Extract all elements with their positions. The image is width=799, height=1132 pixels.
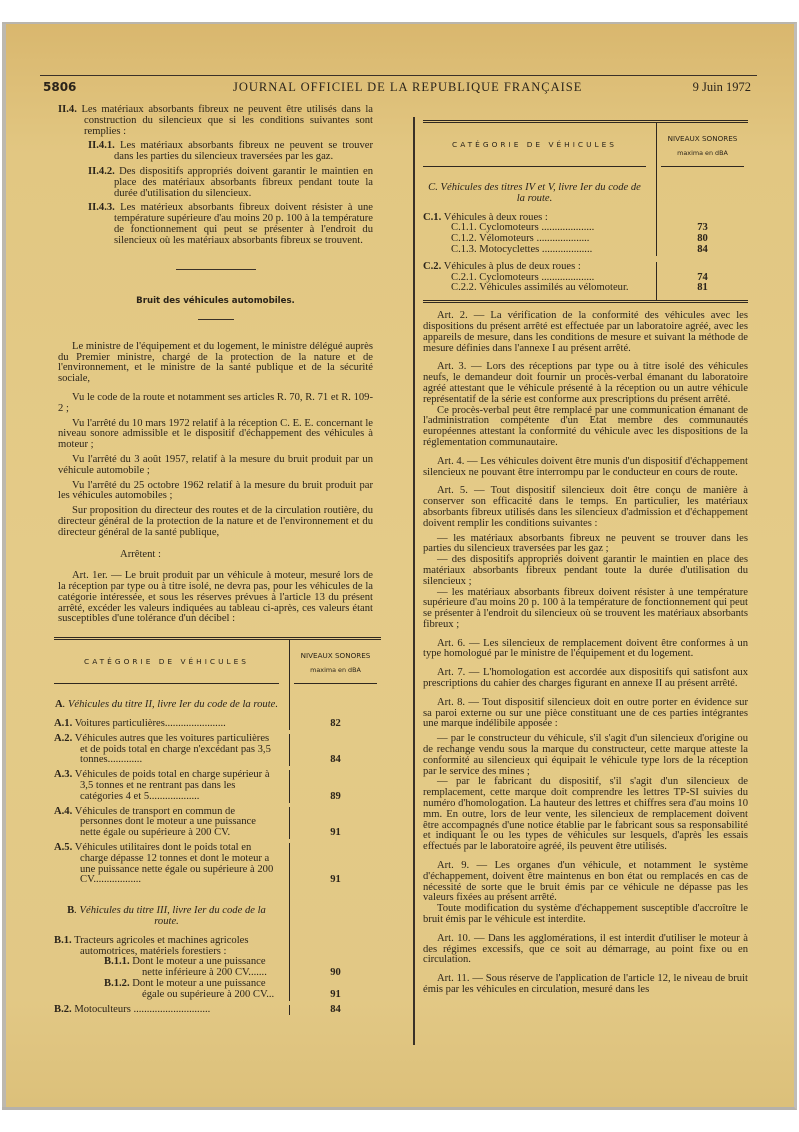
proposal: Sur proposition du directeur des routes …: [58, 506, 373, 538]
article-8-item-1: — par le constructeur du véhicule, s'il …: [423, 734, 748, 777]
title-rule: [198, 319, 234, 320]
article-1: Art. 1er. — Le bruit produit par un véhi…: [58, 571, 373, 625]
table-row: A.1. Voitures particulières.............…: [54, 719, 381, 730]
right-column: CATÉGORIE DE VÉHICULES NIVEAUX SONORES m…: [423, 120, 748, 996]
issue-date: 9 Juin 1972: [693, 80, 751, 95]
table-row: B.2. Motoculteurs ......................…: [54, 1005, 381, 1016]
column-divider: [413, 117, 415, 1045]
visa-4: Vu l'arrêté du 25 octobre 1962 relatif à…: [58, 481, 373, 503]
preamble: Le ministre de l'équipement et du logeme…: [58, 342, 373, 385]
article-3: Art. 3. — Lors des réceptions par type o…: [423, 362, 748, 405]
noise-limits-table-c: CATÉGORIE DE VÉHICULES NIVEAUX SONORES m…: [423, 120, 748, 300]
clause-II-4: II.4. Les matériaux absorbants fibreux n…: [58, 105, 373, 137]
article-7: Art. 7. — L'homologation est accordée au…: [423, 668, 748, 690]
article-9: Art. 9. — Les organes d'un véhicule, et …: [423, 861, 748, 904]
group-title-a: A. Véhicules du titre II, livre Ier du c…: [54, 700, 279, 711]
separator-rule: [176, 269, 256, 270]
article-6: Art. 6. — Les silencieux de remplacement…: [423, 639, 748, 661]
article-11: Art. 11. — Sous réserve de l'application…: [423, 974, 748, 996]
table-header-level: NIVEAUX SONORES maxima en dBA: [656, 123, 748, 167]
visa-3: Vu l'arrêté du 3 août 1957, relatif à la…: [58, 455, 373, 477]
article-5-item-1: — les matériaux absorbants fibreux ne pe…: [423, 534, 748, 556]
left-column: II.4. Les matériaux absorbants fibreux n…: [58, 105, 373, 1015]
table-row: B.1.2. Dont le moteur a une puissance ég…: [54, 979, 381, 1001]
article-8-item-2: — par le fabricant du dispositif, s'il s…: [423, 777, 748, 853]
article-9-cont: Toute modification du système d'échappem…: [423, 904, 748, 926]
article-10: Art. 10. — Dans les agglomérations, il e…: [423, 934, 748, 966]
journal-title: JOURNAL OFFICIEL DE LA REPUBLIQUE FRANÇA…: [233, 80, 582, 95]
table-row: A.3. Véhicules de poids total en charge …: [54, 770, 381, 802]
article-4: Art. 4. — Les véhicules doivent être mun…: [423, 457, 748, 479]
clause-II-4-1: II.4.1. Les matériaux absorbants fibreux…: [58, 141, 373, 163]
section-title: Bruit des véhicules automobiles.: [58, 296, 373, 307]
clause-II-4-2: II.4.2. Des dispositifs appropriés doive…: [58, 167, 373, 199]
table-row: A.5. Véhicules utilitaires dont le poids…: [54, 843, 381, 886]
group-title-b: B. Véhicules du titre III, livre Ier du …: [54, 906, 279, 928]
article-5-item-3: — les matériaux absorbants fibreux doive…: [423, 588, 748, 631]
article-5-item-2: — des dispositifs appropriés doivent gar…: [423, 555, 748, 587]
table-row: B.1.1. Dont le moteur a une puissance ne…: [54, 957, 381, 979]
table-header-category: CATÉGORIE DE VÉHICULES: [54, 640, 279, 684]
table-end-rule: [423, 300, 748, 303]
table-row: C.1.3. Motocyclettes ...................…: [423, 245, 748, 256]
table-row: C.2.2. Véhicules assimilés au vélomoteur…: [423, 283, 748, 300]
noise-limits-table-ab: CATÉGORIE DE VÉHICULES NIVEAUX SONORES m…: [54, 637, 381, 1015]
visa-1: Vu le code de la route et notamment ses …: [58, 393, 373, 415]
table-row: A.4. Véhicules de transport en commun de…: [54, 807, 381, 839]
table-header-level: NIVEAUX SONORES maxima en dBA: [289, 640, 381, 684]
article-8: Art. 8. — Tout dispositif silencieux doi…: [423, 698, 748, 730]
table-header-category: CATÉGORIE DE VÉHICULES: [423, 123, 646, 167]
visa-2: Vu l'arrêté du 10 mars 1972 relatif à la…: [58, 419, 373, 451]
article-3-cont: Ce procès-verbal peut être remplacé par …: [423, 406, 748, 449]
page-header: 5806 JOURNAL OFFICIEL DE LA REPUBLIQUE F…: [40, 75, 757, 99]
table-row: A.2. Véhicules autres que les voitures p…: [54, 734, 381, 766]
decree-word: Arrêtent :: [58, 550, 373, 561]
article-2: Art. 2. — La vérification de la conformi…: [423, 311, 748, 354]
article-5: Art. 5. — Tout dispositif silencieux doi…: [423, 486, 748, 529]
table-row: B.1. Tracteurs agricoles et machines agr…: [54, 936, 381, 958]
group-title-c: C. Véhicules des titres IV et V, livre I…: [423, 183, 646, 205]
clause-II-4-3: II.4.3. Les matérieux absorbants fibreux…: [58, 203, 373, 246]
page-number: 5806: [43, 80, 76, 94]
